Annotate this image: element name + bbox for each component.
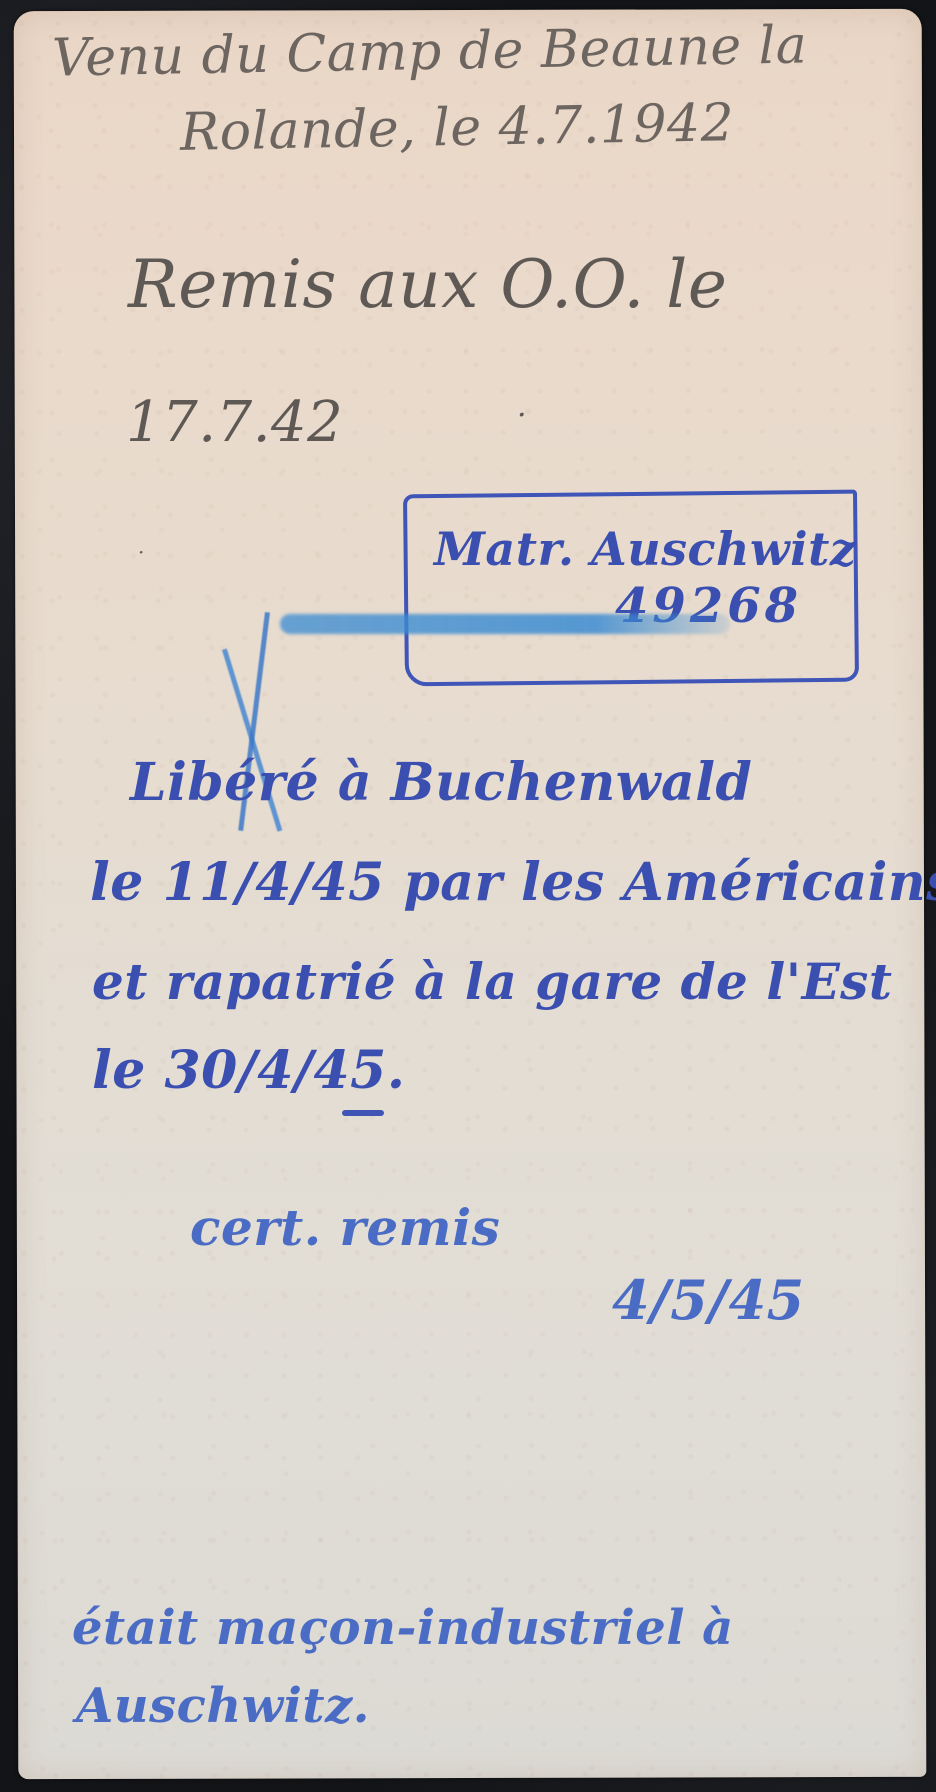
crayon-underline-mark [280, 614, 730, 634]
ink-note-repatriation-date: le 30/4/45. [92, 1040, 405, 1101]
ink-note-liberation-date: le 11/4/45 par les Américains [90, 852, 936, 913]
ink-note-certificate-date: 4/5/45 [612, 1268, 805, 1332]
pencil-dot: · [517, 398, 527, 433]
ink-note-certificate: cert. remis [190, 1198, 500, 1257]
footer-note-occupation: était maçon-industriel à [72, 1600, 734, 1656]
ink-note-repatriation: et rapatrié à la gare de l'Est [92, 952, 892, 1011]
pencil-dot: · [138, 540, 145, 564]
separator-dash [342, 1110, 384, 1116]
pencil-note-origin-date: Rolande, le 4.7.1942 [180, 93, 735, 163]
pencil-note-handover-date: 17.7.42 [126, 390, 343, 455]
pencil-note-handover: Remis aux O.O. le [128, 246, 727, 323]
ink-note-liberation: Libéré à Buchenwald [130, 752, 752, 813]
registration-label: Matr. Auschwitz [434, 522, 856, 576]
footer-note-place: Auschwitz. [76, 1678, 370, 1734]
